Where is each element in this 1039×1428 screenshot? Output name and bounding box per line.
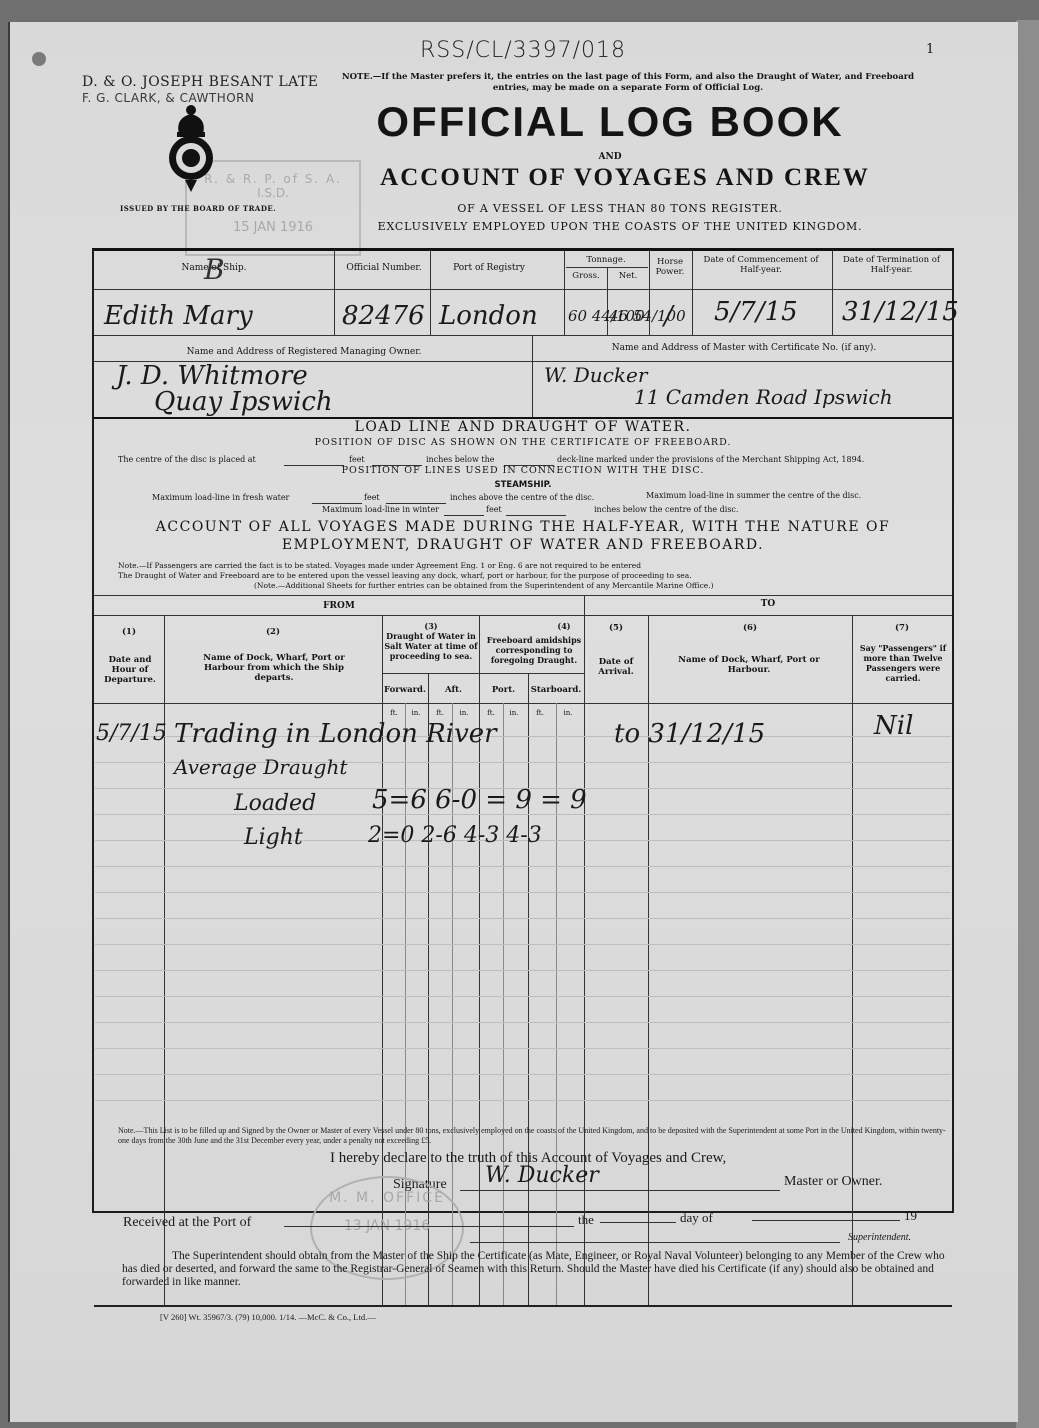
subcol-forward: Forward. <box>382 685 428 695</box>
winter-label: Maximum load-line in winter <box>322 505 439 514</box>
termination-value: 31/12/15 <box>842 297 959 327</box>
col6-num: (6) <box>650 623 850 633</box>
superintendent-instructions: The Superintendent should obtain from th… <box>122 1250 960 1289</box>
page-title: OFFICIAL LOG BOOK <box>330 98 890 146</box>
label-owner: Name and Address of Registered Managing … <box>114 347 494 357</box>
signature-value: W. Ducker <box>485 1163 599 1188</box>
ship-name-annotation: B <box>204 253 225 286</box>
lines-heading: POSITION OF LINES USED IN CONNECTION WIT… <box>94 465 952 476</box>
label-official-number: Official Number. <box>339 263 429 273</box>
load-line-heading: LOAD LINE AND DRAUGHT OF WATER. <box>94 419 952 435</box>
title-and: AND <box>330 152 890 162</box>
label-port: Port of Registry <box>434 263 544 273</box>
owner-address-value: Quay Ipswich <box>154 387 333 417</box>
col3-num: (3) <box>384 621 478 631</box>
printer-imprint: [V 260] Wt. 35967/3. (79) 10,000. 1/14. … <box>160 1312 376 1322</box>
archive-reference: RSS/CL/3397/018 <box>420 38 626 63</box>
col5-num: (5) <box>586 623 646 633</box>
col4-label: Freeboard amidships corresponding to for… <box>484 635 584 665</box>
winter-feet-label: feet <box>486 505 502 514</box>
received-year-label: 19 <box>904 1208 917 1224</box>
to-header: TO <box>584 599 952 609</box>
label-master: Name and Address of Master with Certific… <box>544 343 944 353</box>
subcol-starboard: Starboard. <box>528 685 584 695</box>
disc-act-text: deck-line marked under the provisions of… <box>557 455 864 464</box>
employment-line: EXCLUSIVELY EMPLOYED UPON THE COASTS OF … <box>340 220 900 233</box>
col6-label: Name of Dock, Wharf, Port or Harbour. <box>674 655 824 675</box>
label-gross: Gross. <box>566 271 606 281</box>
fresh-inches-label: inches above the centre of the disc. <box>450 493 594 502</box>
page-number: 1 <box>926 42 934 57</box>
ship-name-value: Edith Mary <box>104 301 253 331</box>
label-termination: Date of Termination of Half-year. <box>834 255 949 275</box>
entry-loaded-label: Loaded <box>234 791 316 816</box>
entry-departure-date: 5/7/15 <box>96 721 167 746</box>
col1-label: Date and Hour of Departure. <box>100 655 160 685</box>
vessel-class-line: OF A VESSEL OF LESS THAN 80 TONS REGISTE… <box>340 202 900 215</box>
voyages-heading-2: EMPLOYMENT, DRAUGHT OF WATER AND FREEBOA… <box>94 537 952 553</box>
winter-inches-label: inches below the centre of the disc. <box>594 505 738 514</box>
label-tonnage: Tonnage. <box>566 255 646 265</box>
from-header: FROM <box>94 601 584 611</box>
col3-label: Draught of Water in Salt Water at time o… <box>384 631 478 661</box>
fresh-water-label: Maximum load-line in fresh water <box>152 493 289 502</box>
label-horse-power: Horse Power. <box>650 257 690 277</box>
col7-num: (7) <box>854 623 950 633</box>
header-note: NOTE.—If the Master prefers it, the entr… <box>328 72 928 94</box>
label-commencement: Date of Commencement of Half-year. <box>696 255 826 275</box>
label-net: Net. <box>608 271 648 281</box>
received-the-label: the <box>578 1212 594 1228</box>
entry-light-values: 2=0 2-6 4-3 4-3 <box>368 823 542 848</box>
superintendent-label: Superintendent. <box>848 1232 911 1243</box>
page-subtitle: ACCOUNT OF VOYAGES AND CREW <box>330 164 920 192</box>
disc-text: The centre of the disc is placed at <box>118 455 256 464</box>
punch-hole <box>32 52 46 66</box>
issued-by-label: ISSUED BY THE BOARD OF TRADE. <box>120 204 276 213</box>
signature-role: Master or Owner. <box>784 1174 882 1190</box>
entry-to-date: to 31/12/15 <box>614 719 765 749</box>
entry-passengers: Nil <box>874 711 913 741</box>
subcol-port: Port. <box>479 685 528 695</box>
col2-num: (2) <box>166 627 380 637</box>
col2-label: Name of Dock, Wharf, Port or Harbour fro… <box>186 653 362 683</box>
received-day-of-label: day of <box>680 1210 713 1226</box>
page-edge <box>1016 20 1039 1428</box>
received-port-label: Received at the Port of <box>123 1215 251 1231</box>
royal-crest-icon <box>165 100 217 195</box>
disc-feet-label: feet <box>349 455 365 464</box>
declaration-note: Note.—This List is to be filled up and S… <box>118 1126 954 1145</box>
commencement-value: 5/7/15 <box>714 297 798 327</box>
master-name-value: W. Ducker <box>544 363 647 387</box>
subcol-aft: Aft. <box>428 685 479 695</box>
summer-label: Maximum load-line in summer the centre o… <box>646 491 861 500</box>
voyages-note-2: The Draught of Water and Freeboard are t… <box>118 571 692 580</box>
entry-description: Trading in London River <box>174 719 497 749</box>
entry-loaded-values: 5=6 6-0 = 9 = 9 <box>372 785 587 815</box>
log-form: Name of Ship. Official Number. Port of R… <box>92 248 954 1213</box>
port-value: London <box>439 301 538 331</box>
col1-num: (1) <box>96 627 162 637</box>
horse-power-value: / <box>664 301 673 331</box>
fresh-feet-label: feet <box>364 493 380 502</box>
col7-label: Say "Passengers" if more than Twelve Pas… <box>856 643 950 683</box>
col5-label: Date of Arrival. <box>590 657 642 677</box>
steamship-label: STEAMSHIP. <box>94 480 952 490</box>
voyages-note-3: (Note.—Additional Sheets for further ent… <box>254 581 714 590</box>
printer-stamp-line1: D. & O. JOSEPH BESANT LATE <box>82 74 322 90</box>
entry-light-label: Light <box>244 825 303 850</box>
master-address-value: 11 Camden Road Ipswich <box>634 385 893 409</box>
disc-heading: POSITION OF DISC AS SHOWN ON THE CERTIFI… <box>94 437 952 448</box>
entry-average-draught-label: Average Draught <box>174 755 347 779</box>
net-tonnage-value: 46 54/100 <box>609 307 686 325</box>
official-number-value: 82476 <box>342 301 425 331</box>
disc-inches-label: inches below the <box>426 455 494 464</box>
voyages-heading-1: ACCOUNT OF ALL VOYAGES MADE DURING THE H… <box>94 519 952 535</box>
voyages-note-1: Note.—If Passengers are carried the fact… <box>118 561 641 570</box>
